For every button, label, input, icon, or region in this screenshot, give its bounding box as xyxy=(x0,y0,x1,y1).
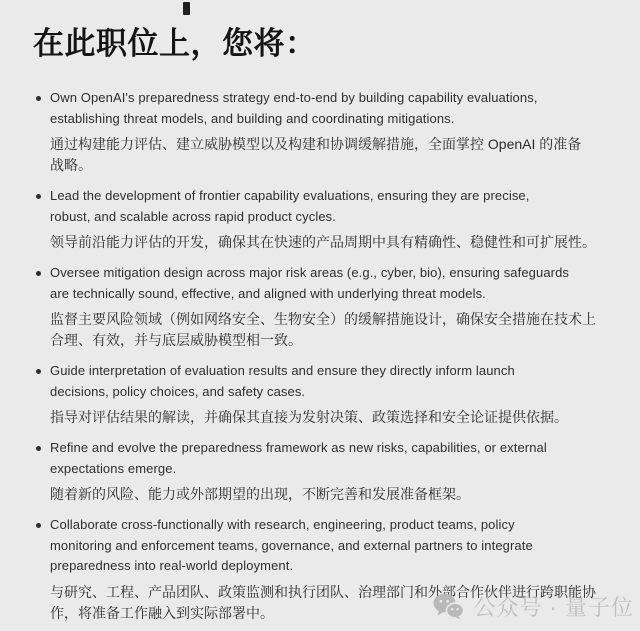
bullet-dot-icon xyxy=(36,271,41,276)
list-item: Lead the development of frontier capabil… xyxy=(36,186,621,253)
responsibilities-list: Own OpenAI's preparedness strategy end-t… xyxy=(36,88,621,631)
bullet-text-en: Collaborate cross-functionally with rese… xyxy=(50,515,621,577)
bullet-text-en: Guide interpretation of evaluation resul… xyxy=(50,361,621,402)
bullet-dot-icon xyxy=(36,194,41,199)
bullet-text-en: Lead the development of frontier capabil… xyxy=(50,186,621,227)
page-title: 在此职位上，您将： xyxy=(33,21,317,67)
bullet-text-en: Refine and evolve the preparedness frame… xyxy=(50,438,621,479)
article-page: 在此职位上，您将： Own OpenAI's preparedness stra… xyxy=(0,0,640,631)
bullet-text-zh: 与研究、工程、产品团队、政策监测和执行团队、治理部门和外部合作伙伴进行跨职能协 … xyxy=(50,582,621,624)
list-item: Own OpenAI's preparedness strategy end-t… xyxy=(36,88,621,176)
bullet-text-en: Own OpenAI's preparedness strategy end-t… xyxy=(50,88,621,129)
bullet-dot-icon xyxy=(36,369,41,374)
bullet-dot-icon xyxy=(36,523,41,528)
bullet-text-en: Oversee mitigation design across major r… xyxy=(50,263,621,304)
list-item: Guide interpretation of evaluation resul… xyxy=(36,361,621,428)
bullet-dot-icon xyxy=(36,96,41,101)
bullet-text-zh: 随着新的风险、能力或外部期望的出现，不断完善和发展准备框架。 xyxy=(50,484,621,505)
bullet-text-zh: 监督主要风险领域（例如网络安全、生物安全）的缓解措施设计，确保安全措施在技术上 … xyxy=(50,309,621,351)
bullet-text-zh: 通过构建能力评估、建立威胁模型以及构建和协调缓解措施，全面掌控 OpenAI 的… xyxy=(50,134,621,176)
cropped-text-artifact xyxy=(183,2,190,15)
bullet-text-zh: 指导对评估结果的解读，并确保其直接为发射决策、政策选择和安全论证提供依据。 xyxy=(50,407,621,428)
list-item: Refine and evolve the preparedness frame… xyxy=(36,438,621,505)
bullet-dot-icon xyxy=(36,446,41,451)
bullet-text-zh: 领导前沿能力评估的开发，确保其在快速的产品周期中具有精确性、稳健性和可扩展性。 xyxy=(50,232,621,253)
list-item: Collaborate cross-functionally with rese… xyxy=(36,515,621,624)
list-item: Oversee mitigation design across major r… xyxy=(36,263,621,351)
